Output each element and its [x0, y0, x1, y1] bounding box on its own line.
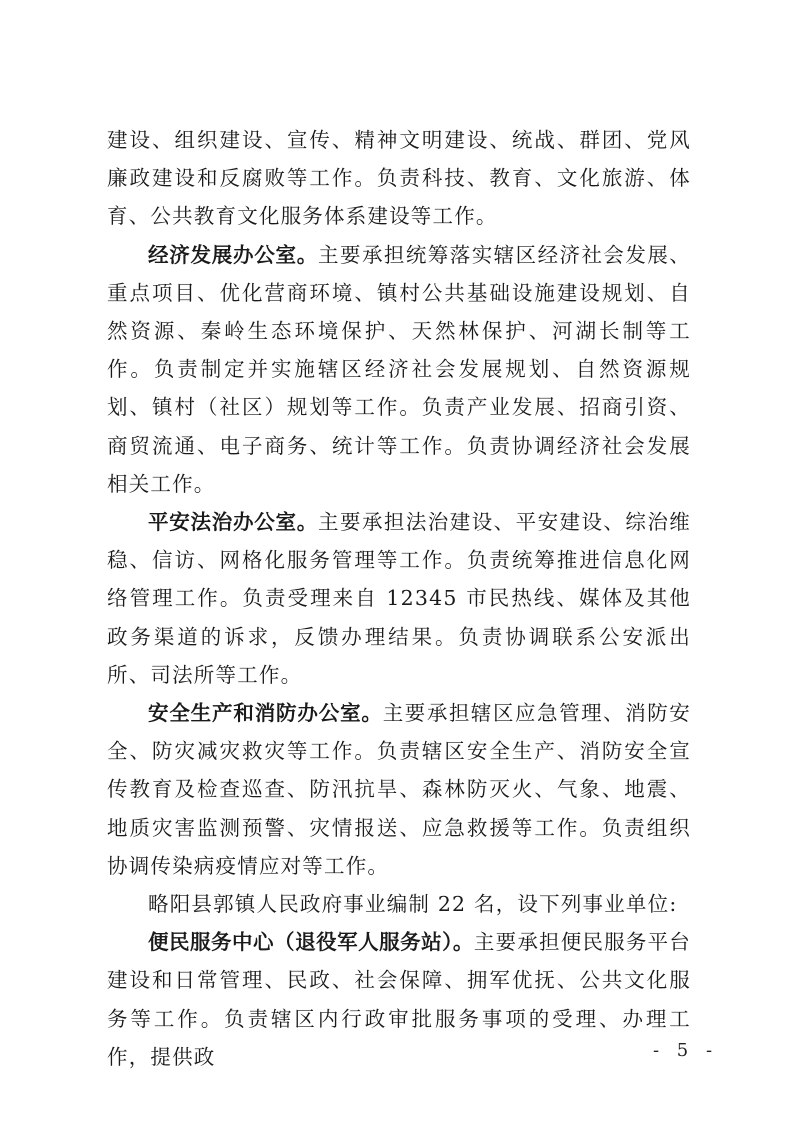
- document-page-body: 建设、组织建设、宣传、精神文明建设、统战、群团、党风廉政建设和反腐败等工作。负责…: [107, 121, 691, 1076]
- paragraph-convenience-service-center: 便民服务中心（退役军人服务站）。主要承担便民服务平台建设和日常管理、民政、社会保…: [107, 923, 691, 1076]
- paragraph-text: 建设、组织建设、宣传、精神文明建设、统战、群团、党风廉政建设和反腐败等工作。负责…: [107, 128, 691, 228]
- paragraph-text: 主要承担统筹落实辖区经济社会发展、重点项目、优化营商环境、镇村公共基础设施建设规…: [107, 243, 691, 496]
- page-number: - 5 -: [653, 1040, 718, 1061]
- paragraph-text: 主要承担法治建设、平安建设、综治维稳、信访、网格化服务管理等工作。负责统筹推进信…: [107, 510, 691, 687]
- paragraph-text: 主要承担辖区应急管理、消防安全、防灾减灾救灾等工作。负责辖区安全生产、消防安全宣…: [107, 701, 691, 878]
- section-heading-work-safety-fire-office: 安全生产和消防办公室。: [148, 701, 383, 725]
- paragraph-work-safety-fire-office: 安全生产和消防办公室。主要承担辖区应急管理、消防安全、防灾减灾救灾等工作。负责辖…: [107, 694, 691, 885]
- paragraph-safety-rule-of-law-office: 平安法治办公室。主要承担法治建设、平安建设、综治维稳、信访、网格化服务管理等工作…: [107, 503, 691, 694]
- paragraph-public-institution-staffing: 略阳县郭镇人民政府事业编制 22 名，设下列事业单位:: [107, 885, 691, 923]
- section-heading-economic-development-office: 经济发展办公室。: [148, 243, 318, 267]
- section-heading-safety-rule-of-law-office: 平安法治办公室。: [148, 510, 318, 534]
- section-heading-convenience-service-center: 便民服务中心（退役军人服务站）。: [148, 930, 474, 954]
- paragraph-economic-development-office: 经济发展办公室。主要承担统筹落实辖区经济社会发展、重点项目、优化营商环境、镇村公…: [107, 236, 691, 503]
- paragraph-party-building-continued: 建设、组织建设、宣传、精神文明建设、统战、群团、党风廉政建设和反腐败等工作。负责…: [107, 121, 691, 236]
- paragraph-text: 略阳县郭镇人民政府事业编制 22 名，设下列事业单位:: [148, 892, 677, 916]
